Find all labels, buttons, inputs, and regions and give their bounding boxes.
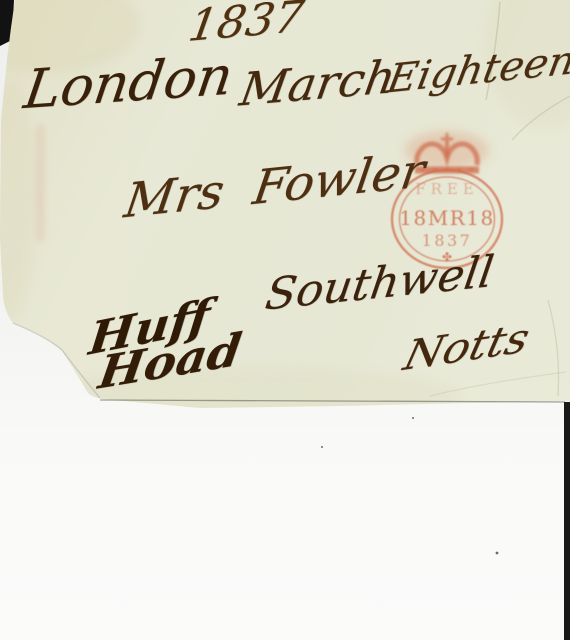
postmark-year-text: 1837: [422, 231, 473, 250]
scan-specks: [321, 417, 498, 554]
handwritten-word-march: March: [237, 53, 399, 112]
postmark-date-text: 18MR18: [399, 206, 494, 230]
handwritten-year: 1837: [185, 0, 306, 49]
postmark-free-text: FREE: [415, 180, 479, 198]
scanner-edge-strip: [564, 402, 570, 640]
handwritten-word-london: London: [21, 49, 236, 117]
red-ink-smear: [36, 124, 45, 242]
scanned-free-front-cover: FREE 18MR18 1837 ✤ 1837 London March Eig…: [0, 0, 570, 640]
